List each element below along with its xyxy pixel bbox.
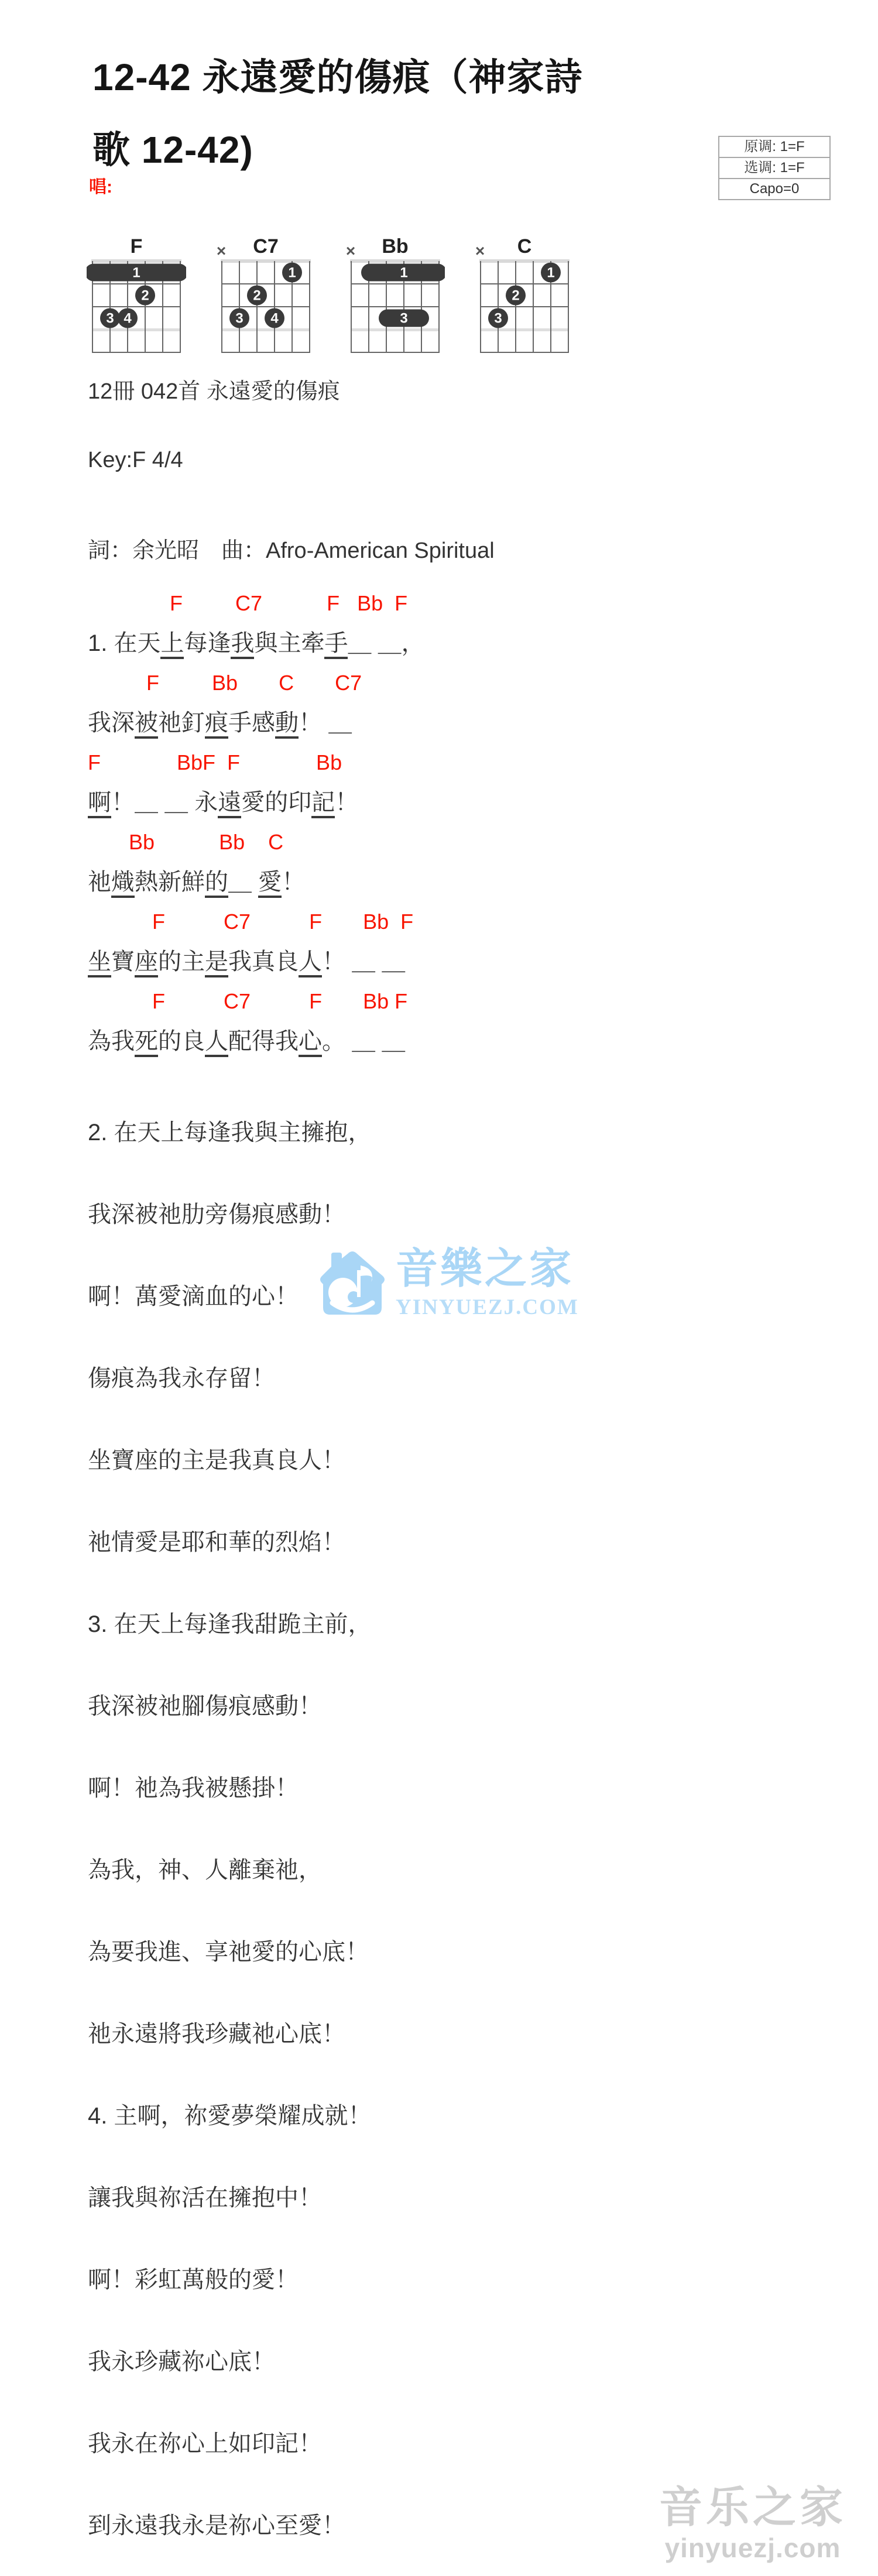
lyric-line: 我深被祂腳傷痕感動！ [88, 1665, 371, 1747]
svg-text:Bb: Bb [382, 235, 408, 258]
svg-text:C: C [517, 235, 532, 258]
watermark-middle-text: 音樂之家 YINYUEZJ.COM [396, 1246, 579, 1320]
svg-text:×: × [346, 242, 355, 260]
lyric-line: 4. 主啊，祢愛夢榮耀成就！ [88, 2075, 371, 2157]
lyric-line: 2. 在天上每逢我與主擁抱， [88, 1092, 371, 1174]
svg-text:1: 1 [547, 265, 554, 281]
lyric-line: 我永在祢心上如印記！ [88, 2403, 371, 2485]
svg-text:2: 2 [253, 288, 260, 304]
svg-text:1: 1 [132, 265, 140, 281]
lyric-line: 傷痕為我永存留！ [88, 1337, 371, 1419]
underlined-syllable: 死 [135, 1028, 158, 1057]
music-house-icon [317, 1246, 387, 1318]
chord-line: Bb Bb C [88, 822, 425, 862]
watermark-bottom-site-name: 音乐之家 [659, 2483, 846, 2532]
lyric-line: 我永珍藏祢心底！ [88, 2321, 371, 2403]
watermark-bottom: 音乐之家 yinyuezj.com [659, 2483, 846, 2564]
underlined-syllable: 人 [205, 1028, 228, 1057]
lyric-line: 1. 在天上每逢我與主牽手＿ ＿， [88, 623, 425, 663]
lyric-line: 為我，神、人離棄祂， [88, 1829, 371, 1911]
underlined-syllable: 人 [299, 949, 322, 977]
chord-grid-icon: C×123 [475, 232, 574, 356]
underlined-syllable: 被 [135, 710, 158, 739]
svg-text:3: 3 [400, 311, 407, 327]
chord-grid-icon: F1234 [87, 232, 186, 356]
lyric-line: 我深被祂肋旁傷痕感動！ [88, 1174, 371, 1256]
chord-line: F C7 F Bb F [88, 902, 425, 942]
chord-diagram-Bb: Bb×13 [345, 232, 445, 359]
underlined-syllable: 動 [275, 710, 299, 739]
svg-text:×: × [217, 242, 226, 260]
svg-text:3: 3 [494, 311, 502, 327]
underlined-syllable: 我 [231, 630, 254, 659]
svg-text:1: 1 [288, 265, 296, 281]
key-info-selected-key: 选调: 1=F [718, 157, 831, 179]
svg-text:1: 1 [400, 265, 407, 281]
chord-diagram-F: F1234 [87, 232, 186, 359]
underlined-syllable: 心 [299, 1028, 322, 1057]
underlined-syllable: 上 [160, 630, 184, 659]
svg-text:C7: C7 [253, 235, 278, 258]
svg-text:4: 4 [124, 311, 132, 327]
chord-grid-icon: Bb×13 [345, 232, 445, 356]
lyric-line: 祂熾熱新鮮的＿ 愛！ [88, 862, 425, 902]
lyric-line: 坐寶座的主是我真良人！ [88, 1419, 371, 1501]
watermark-site-name: 音樂之家 [396, 1246, 579, 1292]
chord-grid-icon: C7×1234 [216, 232, 315, 356]
svg-text:2: 2 [512, 288, 519, 304]
lyric-line: 3. 在天上每逢我甜跪主前， [88, 1583, 371, 1665]
watermark-bottom-site-domain: yinyuezj.com [659, 2532, 846, 2564]
watermark-middle: 音樂之家 YINYUEZJ.COM [317, 1246, 579, 1320]
page-title-line2: 歌 12-42) [92, 114, 582, 186]
lyric-line: 祂情愛是耶和華的烈焰！ [88, 1501, 371, 1583]
lyric-line: 讓我與祢活在擁抱中！ [88, 2157, 371, 2239]
svg-text:2: 2 [141, 288, 149, 304]
svg-text:3: 3 [235, 311, 243, 327]
key-info-box: 原调: 1=F 选调: 1=F Capo=0 [718, 136, 831, 200]
svg-text:×: × [475, 242, 485, 260]
underlined-syllable: 記 [311, 790, 335, 818]
verse-1-with-chords: F C7 F Bb F1. 在天上每逢我與主牽手＿ ＿， F Bb C C7我深… [88, 584, 425, 1061]
song-credits-line: 詞：余光昭 曲：Afro-American Spiritual [88, 532, 495, 564]
page-title: 12-42 永遠愛的傷痕（神家詩 歌 12-42) [92, 41, 582, 186]
svg-text:F: F [131, 235, 143, 258]
underlined-syllable: 手 [324, 630, 348, 659]
underlined-syllable: 熾 [111, 869, 135, 898]
underlined-syllable: 痕 [205, 710, 228, 739]
chord-diagram-C7: C7×1234 [216, 232, 315, 359]
underlined-syllable: 愛 [258, 869, 282, 898]
underlined-syllable: 啊 [88, 790, 111, 818]
chord-diagram-C: C×123 [475, 232, 574, 359]
lyric-line: 我深被祂釘痕手感動！ ＿ [88, 703, 425, 743]
underlined-syllable: 坐 [88, 949, 111, 977]
lyric-line: 啊！＿ ＿ 永遠愛的印記！ [88, 783, 425, 822]
watermark-site-domain: YINYUEZJ.COM [396, 1295, 579, 1320]
underlined-syllable: 遠 [218, 790, 241, 818]
chord-line: F Bb C C7 [88, 663, 425, 703]
lyric-line: 坐寶座的主是我真良人！ ＿ ＿ [88, 942, 425, 982]
underlined-syllable: 是 [205, 949, 228, 977]
page: 12-42 永遠愛的傷痕（神家詩 歌 12-42) 唱: 原调: 1=F 选调:… [0, 0, 878, 2576]
chord-line: F C7 F Bb F [88, 584, 425, 623]
lyric-line: 為要我進、享祂愛的心底！ [88, 1911, 371, 1993]
lyric-line: 為我死的良人配得我心。 ＿ ＿ [88, 1021, 425, 1061]
lyric-line: 到永遠我永是祢心至愛！ [88, 2485, 371, 2567]
lyric-line: 啊！祂為我被懸掛！ [88, 1747, 371, 1829]
svg-text:4: 4 [270, 311, 279, 327]
chord-diagrams: F1234C7×1234Bb×13C×123 [87, 232, 574, 359]
song-book-line: 12冊 042首 永遠愛的傷痕 [88, 373, 340, 405]
key-info-original-key: 原调: 1=F [718, 136, 831, 158]
chord-line: F C7 F Bb F [88, 982, 425, 1021]
underlined-syllable: 座 [135, 949, 158, 977]
key-info-capo: Capo=0 [718, 178, 831, 200]
lyric-line: 祂永遠將我珍藏祂心底！ [88, 1993, 371, 2075]
underlined-syllable: 的 [205, 869, 228, 898]
svg-text:3: 3 [106, 311, 114, 327]
page-title-line1: 12-42 永遠愛的傷痕（神家詩 [92, 41, 582, 114]
song-key-line: Key:F 4/4 [88, 448, 183, 473]
lyric-line: 啊！彩虹萬般的愛！ [88, 2239, 371, 2321]
sing-label: 唱: [89, 172, 112, 198]
chord-line: F BbF F Bb [88, 743, 425, 783]
